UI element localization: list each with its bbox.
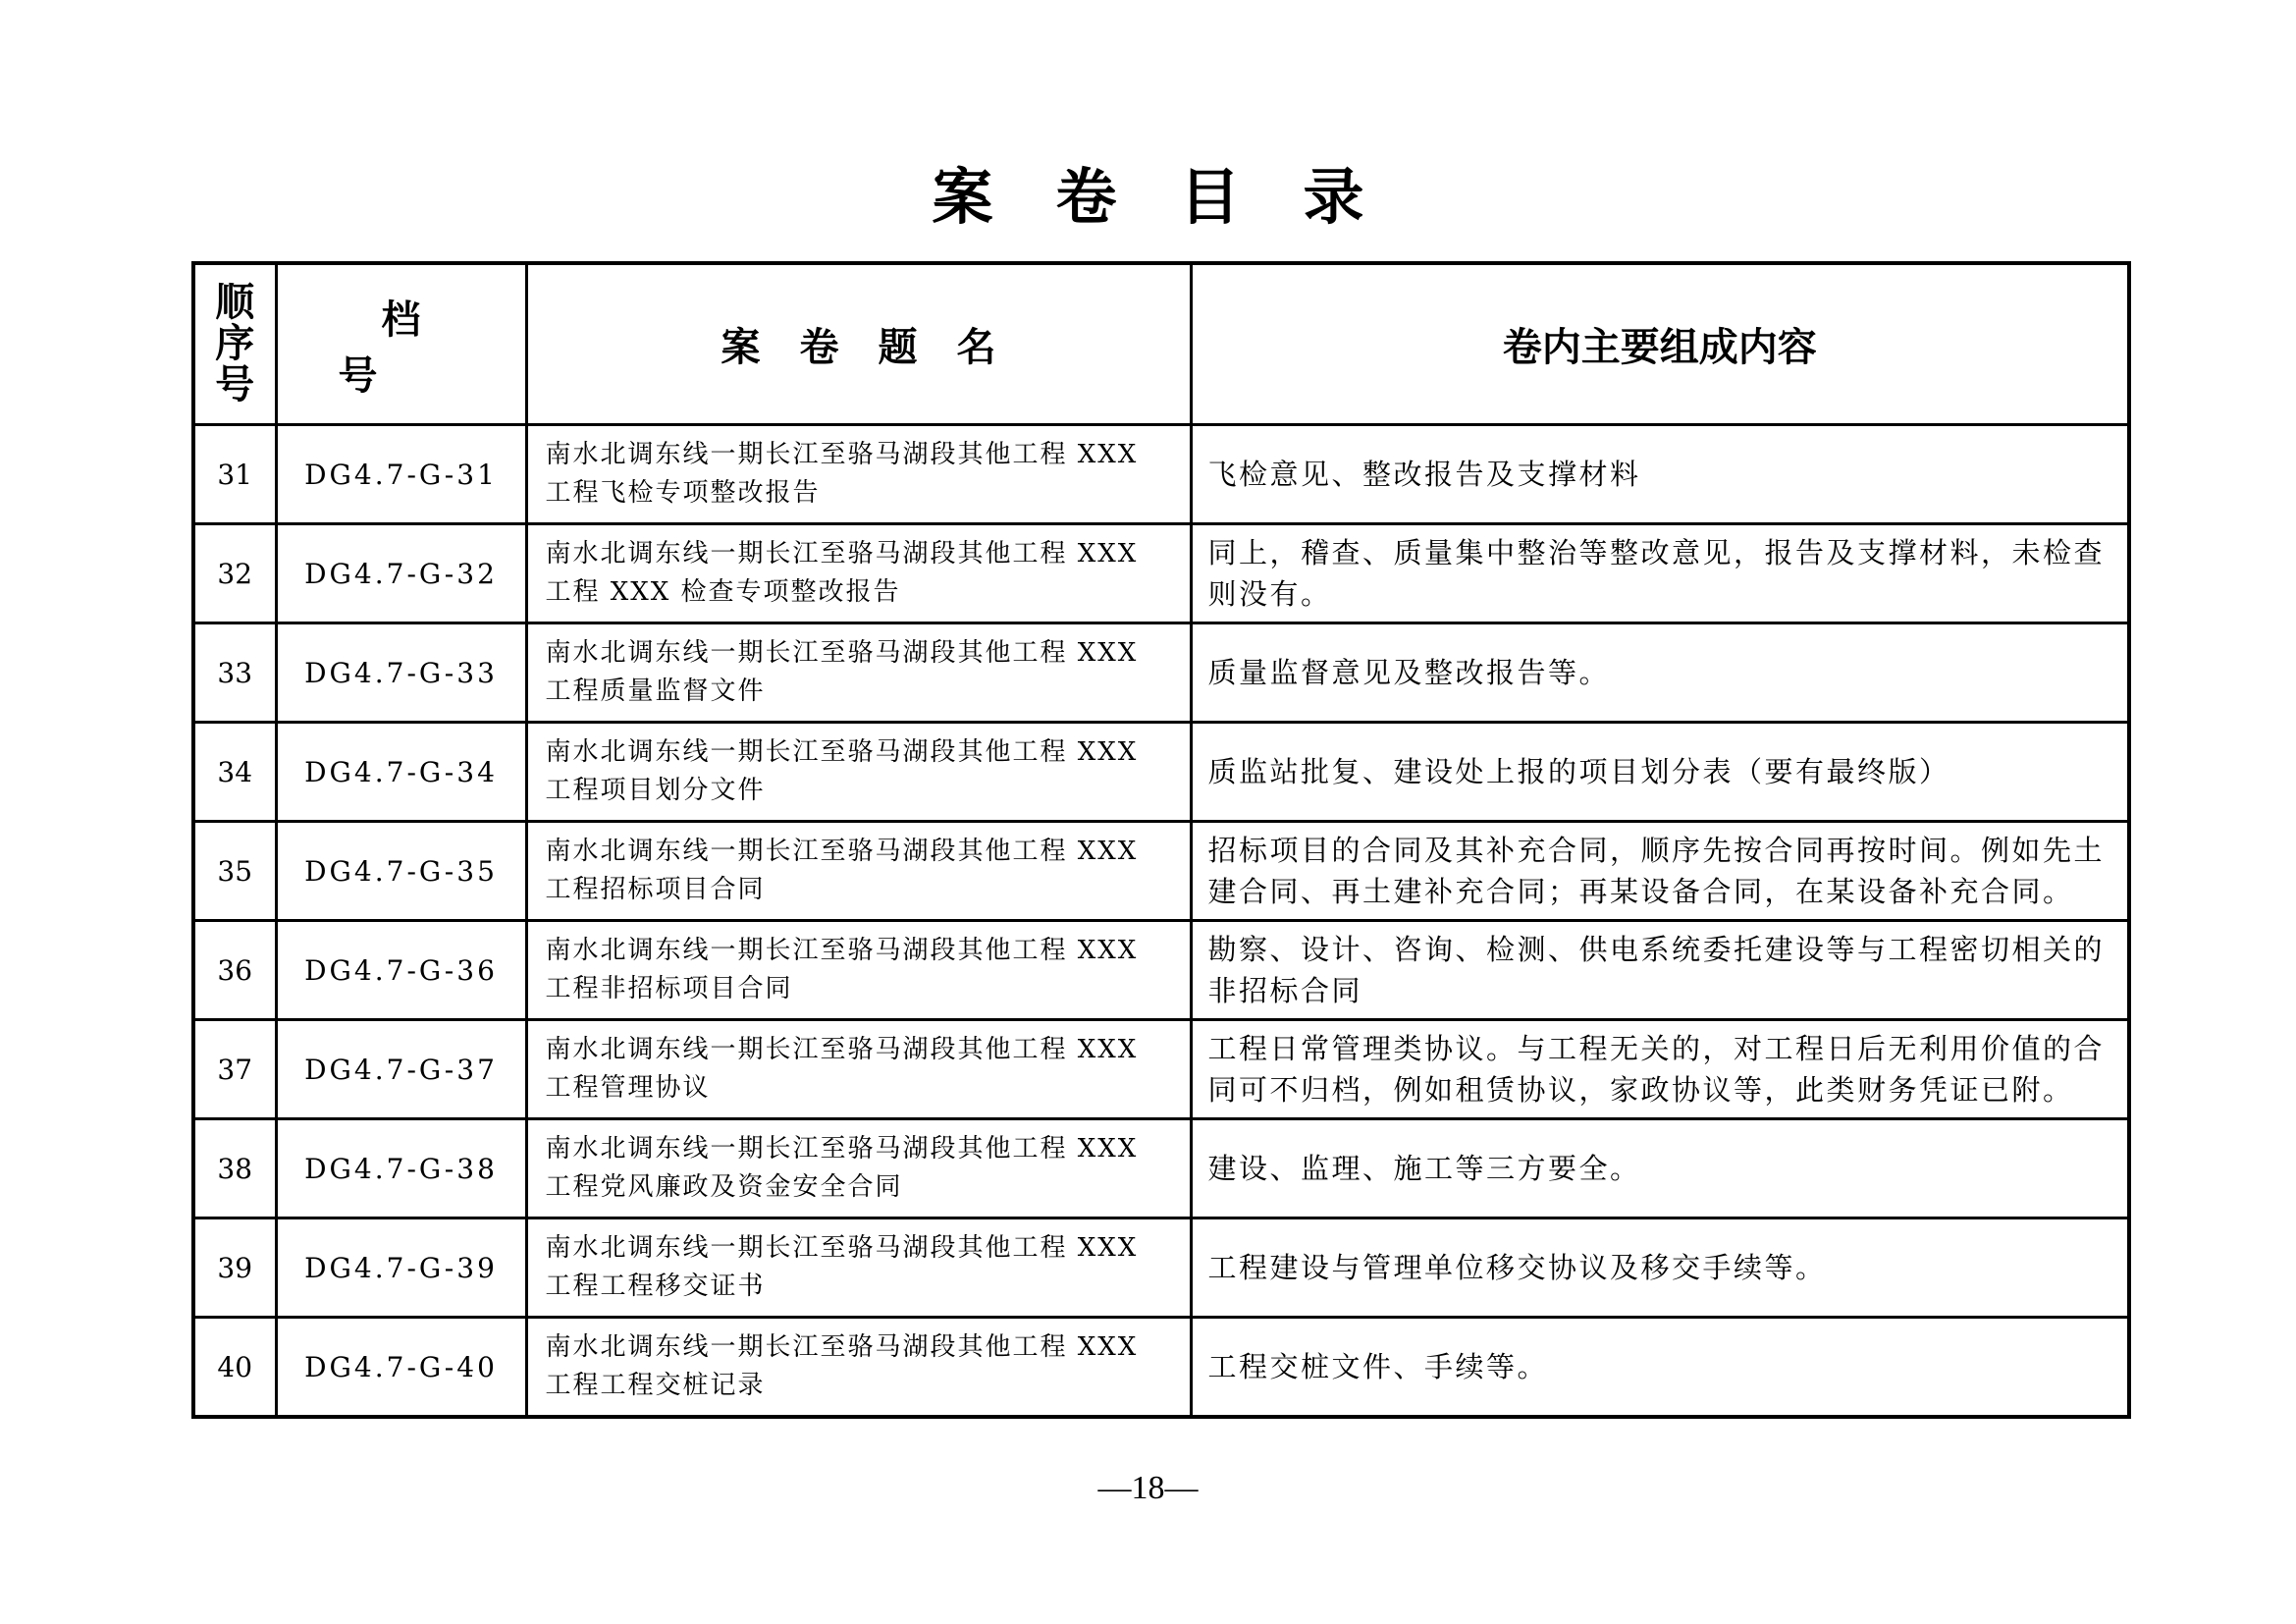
cell-main-content: 飞检意见、整改报告及支撑材料 <box>1191 425 2129 524</box>
cell-volume-title: 南水北调东线一期长江至骆马湖段其他工程 XXX 工程党风廉政及资金安全合同 <box>526 1119 1191 1218</box>
cell-archive-no: DG4.7-G-32 <box>276 524 526 623</box>
table-header-row: 顺序号 档号 案卷题名 卷内主要组成内容 <box>193 263 2129 425</box>
cell-volume-title: 南水北调东线一期长江至骆马湖段其他工程 XXX 工程非招标项目合同 <box>526 921 1191 1020</box>
cell-seq: 40 <box>193 1318 276 1418</box>
cell-main-content: 工程建设与管理单位移交协议及移交手续等。 <box>1191 1218 2129 1318</box>
header-seq: 顺序号 <box>193 263 276 425</box>
cell-main-content: 招标项目的合同及其补充合同，顺序先按合同再按时间。例如先土建合同、再土建补充合同… <box>1191 822 2129 921</box>
cell-archive-no: DG4.7-G-38 <box>276 1119 526 1218</box>
cell-volume-title: 南水北调东线一期长江至骆马湖段其他工程 XXX 工程 XXX 检查专项整改报告 <box>526 524 1191 623</box>
page-title: 案卷目录 <box>0 163 2296 232</box>
cell-main-content: 质量监督意见及整改报告等。 <box>1191 623 2129 723</box>
cell-archive-no: DG4.7-G-40 <box>276 1318 526 1418</box>
cell-seq: 36 <box>193 921 276 1020</box>
header-seq-label: 顺序号 <box>213 282 256 406</box>
cell-main-content: 工程日常管理类协议。与工程无关的，对工程日后无利用价值的合同可不归档，例如租赁协… <box>1191 1020 2129 1119</box>
header-archive-no-label: 档号 <box>295 298 507 399</box>
header-main-content-label: 卷内主要组成内容 <box>1503 325 1817 370</box>
table-row: 34 DG4.7-G-34 南水北调东线一期长江至骆马湖段其他工程 XXX 工程… <box>193 723 2129 822</box>
cell-seq: 34 <box>193 723 276 822</box>
cell-main-content: 同上，稽查、质量集中整治等整改意见，报告及支撑材料，未检查则没有。 <box>1191 524 2129 623</box>
cell-archive-no: DG4.7-G-35 <box>276 822 526 921</box>
cell-volume-title: 南水北调东线一期长江至骆马湖段其他工程 XXX 工程工程交桩记录 <box>526 1318 1191 1418</box>
cell-archive-no: DG4.7-G-34 <box>276 723 526 822</box>
cell-volume-title: 南水北调东线一期长江至骆马湖段其他工程 XXX 工程项目划分文件 <box>526 723 1191 822</box>
table-row: 32 DG4.7-G-32 南水北调东线一期长江至骆马湖段其他工程 XXX 工程… <box>193 524 2129 623</box>
cell-volume-title: 南水北调东线一期长江至骆马湖段其他工程 XXX 工程招标项目合同 <box>526 822 1191 921</box>
cell-volume-title: 南水北调东线一期长江至骆马湖段其他工程 XXX 工程管理协议 <box>526 1020 1191 1119</box>
cell-main-content: 工程交桩文件、手续等。 <box>1191 1318 2129 1418</box>
page-number: —18— <box>0 1469 2296 1508</box>
cell-main-content: 建设、监理、施工等三方要全。 <box>1191 1119 2129 1218</box>
cell-volume-title: 南水北调东线一期长江至骆马湖段其他工程 XXX 工程飞检专项整改报告 <box>526 425 1191 524</box>
table-row: 40 DG4.7-G-40 南水北调东线一期长江至骆马湖段其他工程 XXX 工程… <box>193 1318 2129 1418</box>
cell-main-content: 勘察、设计、咨询、检测、供电系统委托建设等与工程密切相关的非招标合同 <box>1191 921 2129 1020</box>
table-row: 36 DG4.7-G-36 南水北调东线一期长江至骆马湖段其他工程 XXX 工程… <box>193 921 2129 1020</box>
table-row: 33 DG4.7-G-33 南水北调东线一期长江至骆马湖段其他工程 XXX 工程… <box>193 623 2129 723</box>
cell-seq: 39 <box>193 1218 276 1318</box>
cell-archive-no: DG4.7-G-33 <box>276 623 526 723</box>
table-row: 38 DG4.7-G-38 南水北调东线一期长江至骆马湖段其他工程 XXX 工程… <box>193 1119 2129 1218</box>
header-volume-title: 案卷题名 <box>526 263 1191 425</box>
table-row: 39 DG4.7-G-39 南水北调东线一期长江至骆马湖段其他工程 XXX 工程… <box>193 1218 2129 1318</box>
cell-seq: 33 <box>193 623 276 723</box>
cell-archive-no: DG4.7-G-36 <box>276 921 526 1020</box>
cell-volume-title: 南水北调东线一期长江至骆马湖段其他工程 XXX 工程质量监督文件 <box>526 623 1191 723</box>
table-row: 37 DG4.7-G-37 南水北调东线一期长江至骆马湖段其他工程 XXX 工程… <box>193 1020 2129 1119</box>
cell-seq: 38 <box>193 1119 276 1218</box>
cell-seq: 32 <box>193 524 276 623</box>
cell-main-content: 质监站批复、建设处上报的项目划分表（要有最终版） <box>1191 723 2129 822</box>
header-volume-title-label: 案卷题名 <box>682 325 1036 370</box>
cell-volume-title: 南水北调东线一期长江至骆马湖段其他工程 XXX 工程工程移交证书 <box>526 1218 1191 1318</box>
table-row: 31 DG4.7-G-31 南水北调东线一期长江至骆马湖段其他工程 XXX 工程… <box>193 425 2129 524</box>
header-archive-no: 档号 <box>276 263 526 425</box>
cell-seq: 31 <box>193 425 276 524</box>
header-main-content: 卷内主要组成内容 <box>1191 263 2129 425</box>
cell-archive-no: DG4.7-G-39 <box>276 1218 526 1318</box>
cell-seq: 37 <box>193 1020 276 1119</box>
table-row: 35 DG4.7-G-35 南水北调东线一期长江至骆马湖段其他工程 XXX 工程… <box>193 822 2129 921</box>
cell-archive-no: DG4.7-G-31 <box>276 425 526 524</box>
cell-seq: 35 <box>193 822 276 921</box>
cell-archive-no: DG4.7-G-37 <box>276 1020 526 1119</box>
catalog-table: 顺序号 档号 案卷题名 卷内主要组成内容 31 DG4.7-G-31 南水北调东… <box>191 261 2131 1419</box>
